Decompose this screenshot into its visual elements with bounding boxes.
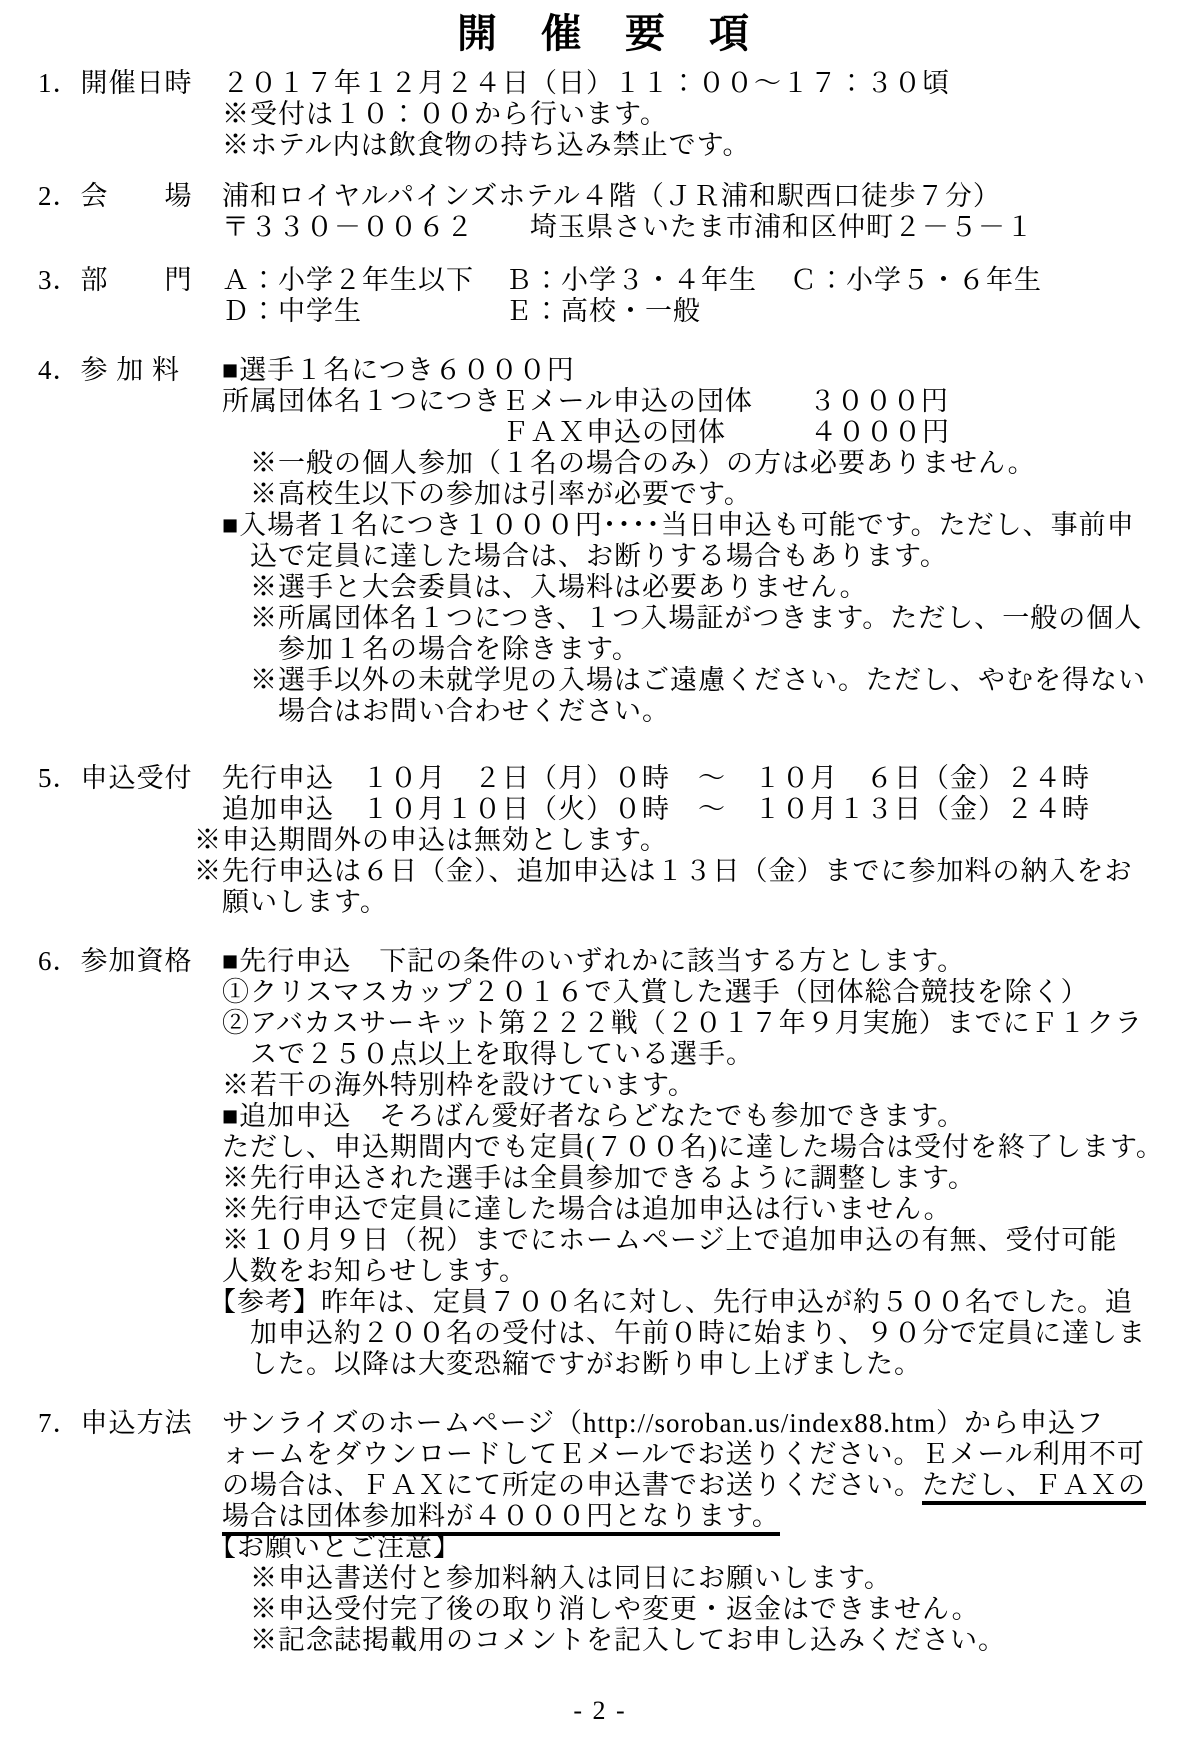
- division-e: Ｅ：高校・一般: [505, 296, 701, 327]
- section-4-fees: 4．参 加 料 ■選手１名につき６０００円 所属団体名１つにつきＥメール申込の団…: [38, 355, 1170, 727]
- eligibility-condition-2-cont: スで２５０点以上を取得している選手。: [250, 1039, 1170, 1070]
- reference-note: 【参考】昨年は、定員７００名に対し、先行申込が約５００名でした。追: [209, 1287, 1170, 1318]
- section-7-content: サンライズのホームページ（http://soroban.us/index88.h…: [222, 1408, 1170, 1656]
- reference-note-cont: した。以降は大変恐縮ですがお断り申し上げました。: [250, 1349, 1170, 1380]
- method-text: サンライズのホームページ（: [222, 1408, 583, 1438]
- section-6-eligibility: 6．参加資格 ■先行申込 下記の条件のいずれかに該当する方とします。 ①クリスマ…: [38, 946, 1170, 1380]
- application-note: ※先行申込は６日（金）、追加申込は１３日（金）までに参加料の納入をお: [194, 856, 1170, 887]
- fee-note: ※一般の個人参加（１名の場合のみ）の方は必要ありません。: [250, 448, 1170, 479]
- section-1-date: 1．開催日時 ２０１７年１２月２４日（日）１１：００～１７：３０頃 ※受付は１０…: [38, 68, 1170, 161]
- visitor-fee-cont: 込で定員に達した場合は、お断りする場合もあります。: [250, 541, 1170, 572]
- fee-note: ※所属団体名１つにつき、１つ入場証がつきます。ただし、一般の個人: [250, 603, 1170, 634]
- section-4-label: 4．参 加 料: [38, 355, 222, 386]
- group-fee-fax: ＦＡＸ申込の団体 ４０００円: [502, 417, 1170, 448]
- fee-note: ※高校生以下の参加は引率が必要です。: [250, 479, 1170, 510]
- hotel-note: ※ホテル内は飲食物の持ち込み禁止です。: [222, 130, 1170, 161]
- section-2-content: 浦和ロイヤルパインズホテル４階（ＪＲ浦和駅西口徒歩７分） 〒３３０－００６２ 埼…: [222, 181, 1170, 243]
- visitor-fee: ■入場者１名につき１０００円････当日申込も可能です。ただし、事前申: [222, 510, 1170, 541]
- section-7-application-method: 7．申込方法 サンライズのホームページ（http://soroban.us/in…: [38, 1408, 1170, 1656]
- division-row: Ｄ：中学生 Ｅ：高校・一般: [222, 296, 1170, 327]
- group-fee-email: 所属団体名１つにつきＥメール申込の団体 ３０００円: [222, 386, 1170, 417]
- notice-item: ※申込書送付と参加料納入は同日にお願いします。: [250, 1563, 1170, 1594]
- division-c: Ｃ：小学５・６年生: [790, 265, 1042, 296]
- eligibility-note: ※先行申込で定員に達した場合は追加申込は行いません。: [222, 1194, 1170, 1225]
- section-2-label: 2．会 場: [38, 181, 222, 212]
- section-5-application-period: 5．申込受付 先行申込 １０月 ２日（月）０時 ～ １０月 ６日（金）２４時 追…: [38, 763, 1170, 918]
- notice-item: ※記念誌掲載用のコメントを記入してお申し込みください。: [250, 1625, 1170, 1656]
- fee-note-cont: 参加１名の場合を除きます。: [278, 634, 1170, 665]
- eligibility-note: ※先行申込された選手は全員参加できるように調整します。: [222, 1163, 1170, 1194]
- section-1-label: 1．開催日時: [38, 68, 222, 99]
- section-3-label: 3．部 門: [38, 265, 222, 296]
- application-note: ※申込期間外の申込は無効とします。: [194, 825, 1170, 856]
- notice-header: 【お願いとご注意】: [209, 1532, 1170, 1563]
- method-line-2: ォームをダウンロードしてＥメールでお送りください。Ｅメール利用不可: [222, 1439, 1170, 1470]
- advance-eligibility-header: ■先行申込 下記の条件のいずれかに該当する方とします。: [222, 946, 1170, 977]
- division-a: Ａ：小学２年生以下: [222, 265, 505, 296]
- application-note-cont: 願いします。: [222, 887, 1170, 918]
- notice-item: ※申込受付完了後の取り消しや変更・返金はできません。: [250, 1594, 1170, 1625]
- page-title: 開 催 要 項: [38, 8, 1170, 60]
- method-line-3: の場合は、ＦＡＸにて所定の申込書でお送りください。ただし、ＦＡＸの: [222, 1470, 1170, 1501]
- fee-note-cont: 場合はお問い合わせください。: [278, 696, 1170, 727]
- section-3-content: Ａ：小学２年生以下 Ｂ：小学３・４年生 Ｃ：小学５・６年生 Ｄ：中学生 Ｅ：高校…: [222, 265, 1170, 327]
- venue-name: 浦和ロイヤルパインズホテル４階（ＪＲ浦和駅西口徒歩７分）: [222, 181, 1170, 212]
- eligibility-condition-1: ①クリスマスカップ２０１６で入賞した選手（団体総合競技を除く）: [222, 977, 1170, 1008]
- section-1-content: ２０１７年１２月２４日（日）１１：００～１７：３０頃 ※受付は１０：００から行い…: [222, 68, 1170, 161]
- eligibility-note: ※若干の海外特別枠を設けています。: [222, 1070, 1170, 1101]
- section-2-venue: 2．会 場 浦和ロイヤルパインズホテル４階（ＪＲ浦和駅西口徒歩７分） 〒３３０－…: [38, 181, 1170, 243]
- fee-note: ※選手と大会委員は、入場料は必要ありません。: [250, 572, 1170, 603]
- event-datetime: ２０１７年１２月２４日（日）１１：００～１７：３０頃: [222, 68, 1170, 99]
- section-5-content: 先行申込 １０月 ２日（月）０時 ～ １０月 ６日（金）２４時 追加申込 １０月…: [222, 763, 1170, 918]
- division-b: Ｂ：小学３・４年生: [505, 265, 790, 296]
- fee-note: ※選手以外の未就学児の入場はご遠慮ください。ただし、やむを得ない: [250, 665, 1170, 696]
- eligibility-note-cont: 人数をお知らせします。: [222, 1256, 1170, 1287]
- section-5-label: 5．申込受付: [38, 763, 222, 794]
- player-fee: ■選手１名につき６０００円: [222, 355, 1170, 386]
- page-number: - 2 -: [0, 1696, 1200, 1726]
- fax-fee-warning: ただし、ＦＡＸの: [922, 1470, 1146, 1505]
- reference-note-cont: 加申込約２００名の受付は、午前０時に始まり、９０分で定員に達しま: [250, 1318, 1170, 1349]
- venue-address: 〒３３０－００６２ 埼玉県さいたま市浦和区仲町２－５－１: [222, 212, 1170, 243]
- division-d: Ｄ：中学生: [222, 296, 505, 327]
- eligibility-condition-2: ②アバカスサーキット第２２２戦（２０１７年９月実施）までにＦ１クラ: [222, 1008, 1170, 1039]
- section-6-label: 6．参加資格: [38, 946, 222, 977]
- method-text: の場合は、ＦＡＸにて所定の申込書でお送りください。: [222, 1470, 922, 1500]
- eligibility-note: ※１０月９日（祝）までにホームページ上で追加申込の有無、受付可能: [222, 1225, 1170, 1256]
- method-text: ）から申込フ: [936, 1408, 1104, 1438]
- reception-note: ※受付は１０：００から行います。: [222, 99, 1170, 130]
- capacity-note: ただし、申込期間内でも定員(７００名)に達した場合は受付を終了します。: [222, 1132, 1170, 1163]
- division-row: Ａ：小学２年生以下 Ｂ：小学３・４年生 Ｃ：小学５・６年生: [222, 265, 1170, 296]
- fax-fee-warning-cont: 場合は団体参加料が４０００円となります。: [222, 1501, 780, 1536]
- section-3-divisions: 3．部 門 Ａ：小学２年生以下 Ｂ：小学３・４年生 Ｃ：小学５・６年生 Ｄ：中学…: [38, 265, 1170, 327]
- method-line-4: 場合は団体参加料が４０００円となります。: [222, 1501, 1170, 1532]
- section-4-content: ■選手１名につき６０００円 所属団体名１つにつきＥメール申込の団体 ３０００円 …: [222, 355, 1170, 727]
- document-page: 開 催 要 項 1．開催日時 ２０１７年１２月２４日（日）１１：００～１７：３０…: [0, 0, 1200, 1740]
- section-7-label: 7．申込方法: [38, 1408, 222, 1439]
- additional-application-period: 追加申込 １０月１０日（火）０時 ～ １０月１３日（金）２４時: [222, 794, 1170, 825]
- homepage-url: http://soroban.us/index88.htm: [583, 1408, 936, 1438]
- method-line-1: サンライズのホームページ（http://soroban.us/index88.h…: [222, 1408, 1170, 1439]
- additional-eligibility-header: ■追加申込 そろばん愛好者ならどなたでも参加できます。: [222, 1101, 1170, 1132]
- advance-application-period: 先行申込 １０月 ２日（月）０時 ～ １０月 ６日（金）２４時: [222, 763, 1170, 794]
- section-6-content: ■先行申込 下記の条件のいずれかに該当する方とします。 ①クリスマスカップ２０１…: [222, 946, 1170, 1380]
